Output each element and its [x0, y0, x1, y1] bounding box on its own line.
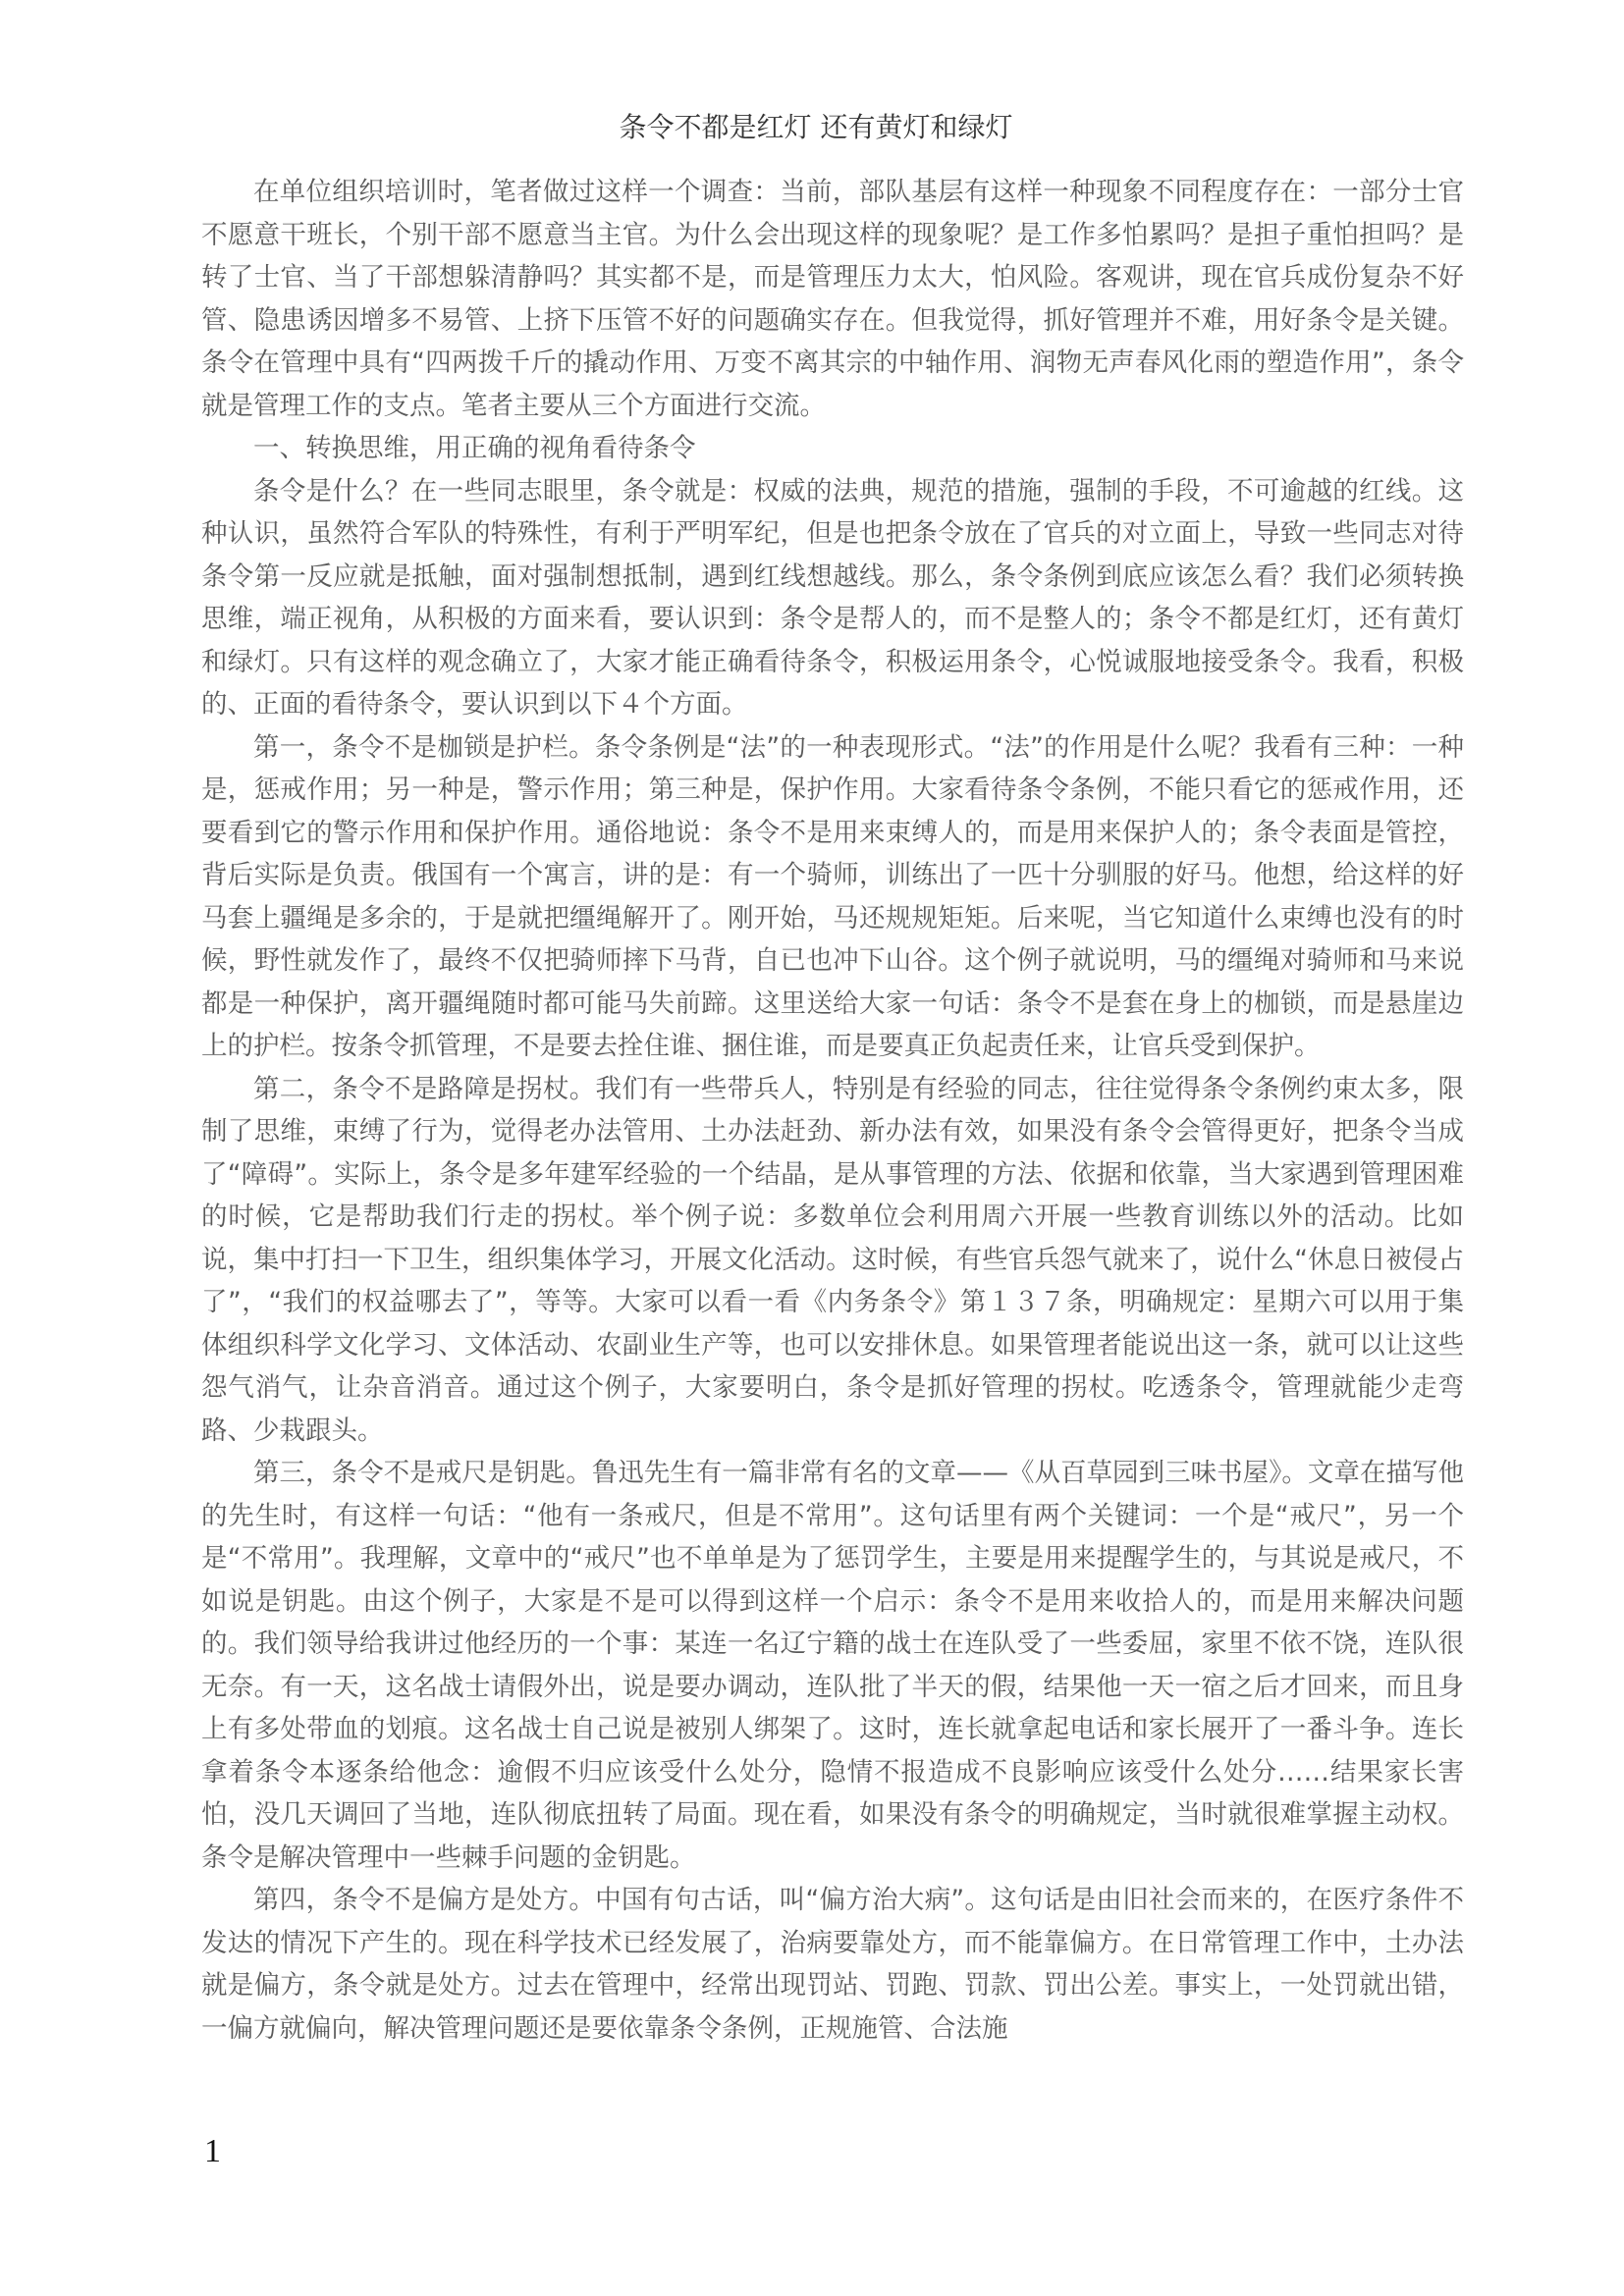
- document-title: 条令不都是红灯 还有黄灯和绿灯: [0, 106, 1624, 149]
- section-heading-1: 一、转换思维，用正确的视角看待条令: [201, 427, 1464, 470]
- document-page: 条令不都是红灯 还有黄灯和绿灯 在单位组织培训时，笔者做过这样一个调查：当前，部…: [0, 0, 1624, 2296]
- paragraph-point-2: 第二，条令不是路障是拐杖。我们有一些带兵人，特别是有经验的同志，往往觉得条令条例…: [201, 1068, 1464, 1453]
- paragraph-point-3: 第三，条令不是戒尺是钥匙。鲁迅先生有一篇非常有名的文章——《从百草园到三味书屋》…: [201, 1452, 1464, 1879]
- document-body: 在单位组织培训时，笔者做过这样一个调查：当前，部队基层有这样一种现象不同程度存在…: [201, 171, 1464, 2050]
- paragraph-what-is-regulation: 条令是什么？在一些同志眼里，条令就是：权威的法典，规范的措施，强制的手段，不可逾…: [201, 470, 1464, 726]
- paragraph-point-4: 第四，条令不是偏方是处方。中国有句古话，叫“偏方治大病”。这句话是由旧社会而来的…: [201, 1879, 1464, 2050]
- page-number: 1: [204, 2130, 221, 2173]
- paragraph-point-1: 第一，条令不是枷锁是护栏。条令条例是“法”的一种表现形式。“法”的作用是什么呢？…: [201, 726, 1464, 1068]
- paragraph-intro: 在单位组织培训时，笔者做过这样一个调查：当前，部队基层有这样一种现象不同程度存在…: [201, 171, 1464, 427]
